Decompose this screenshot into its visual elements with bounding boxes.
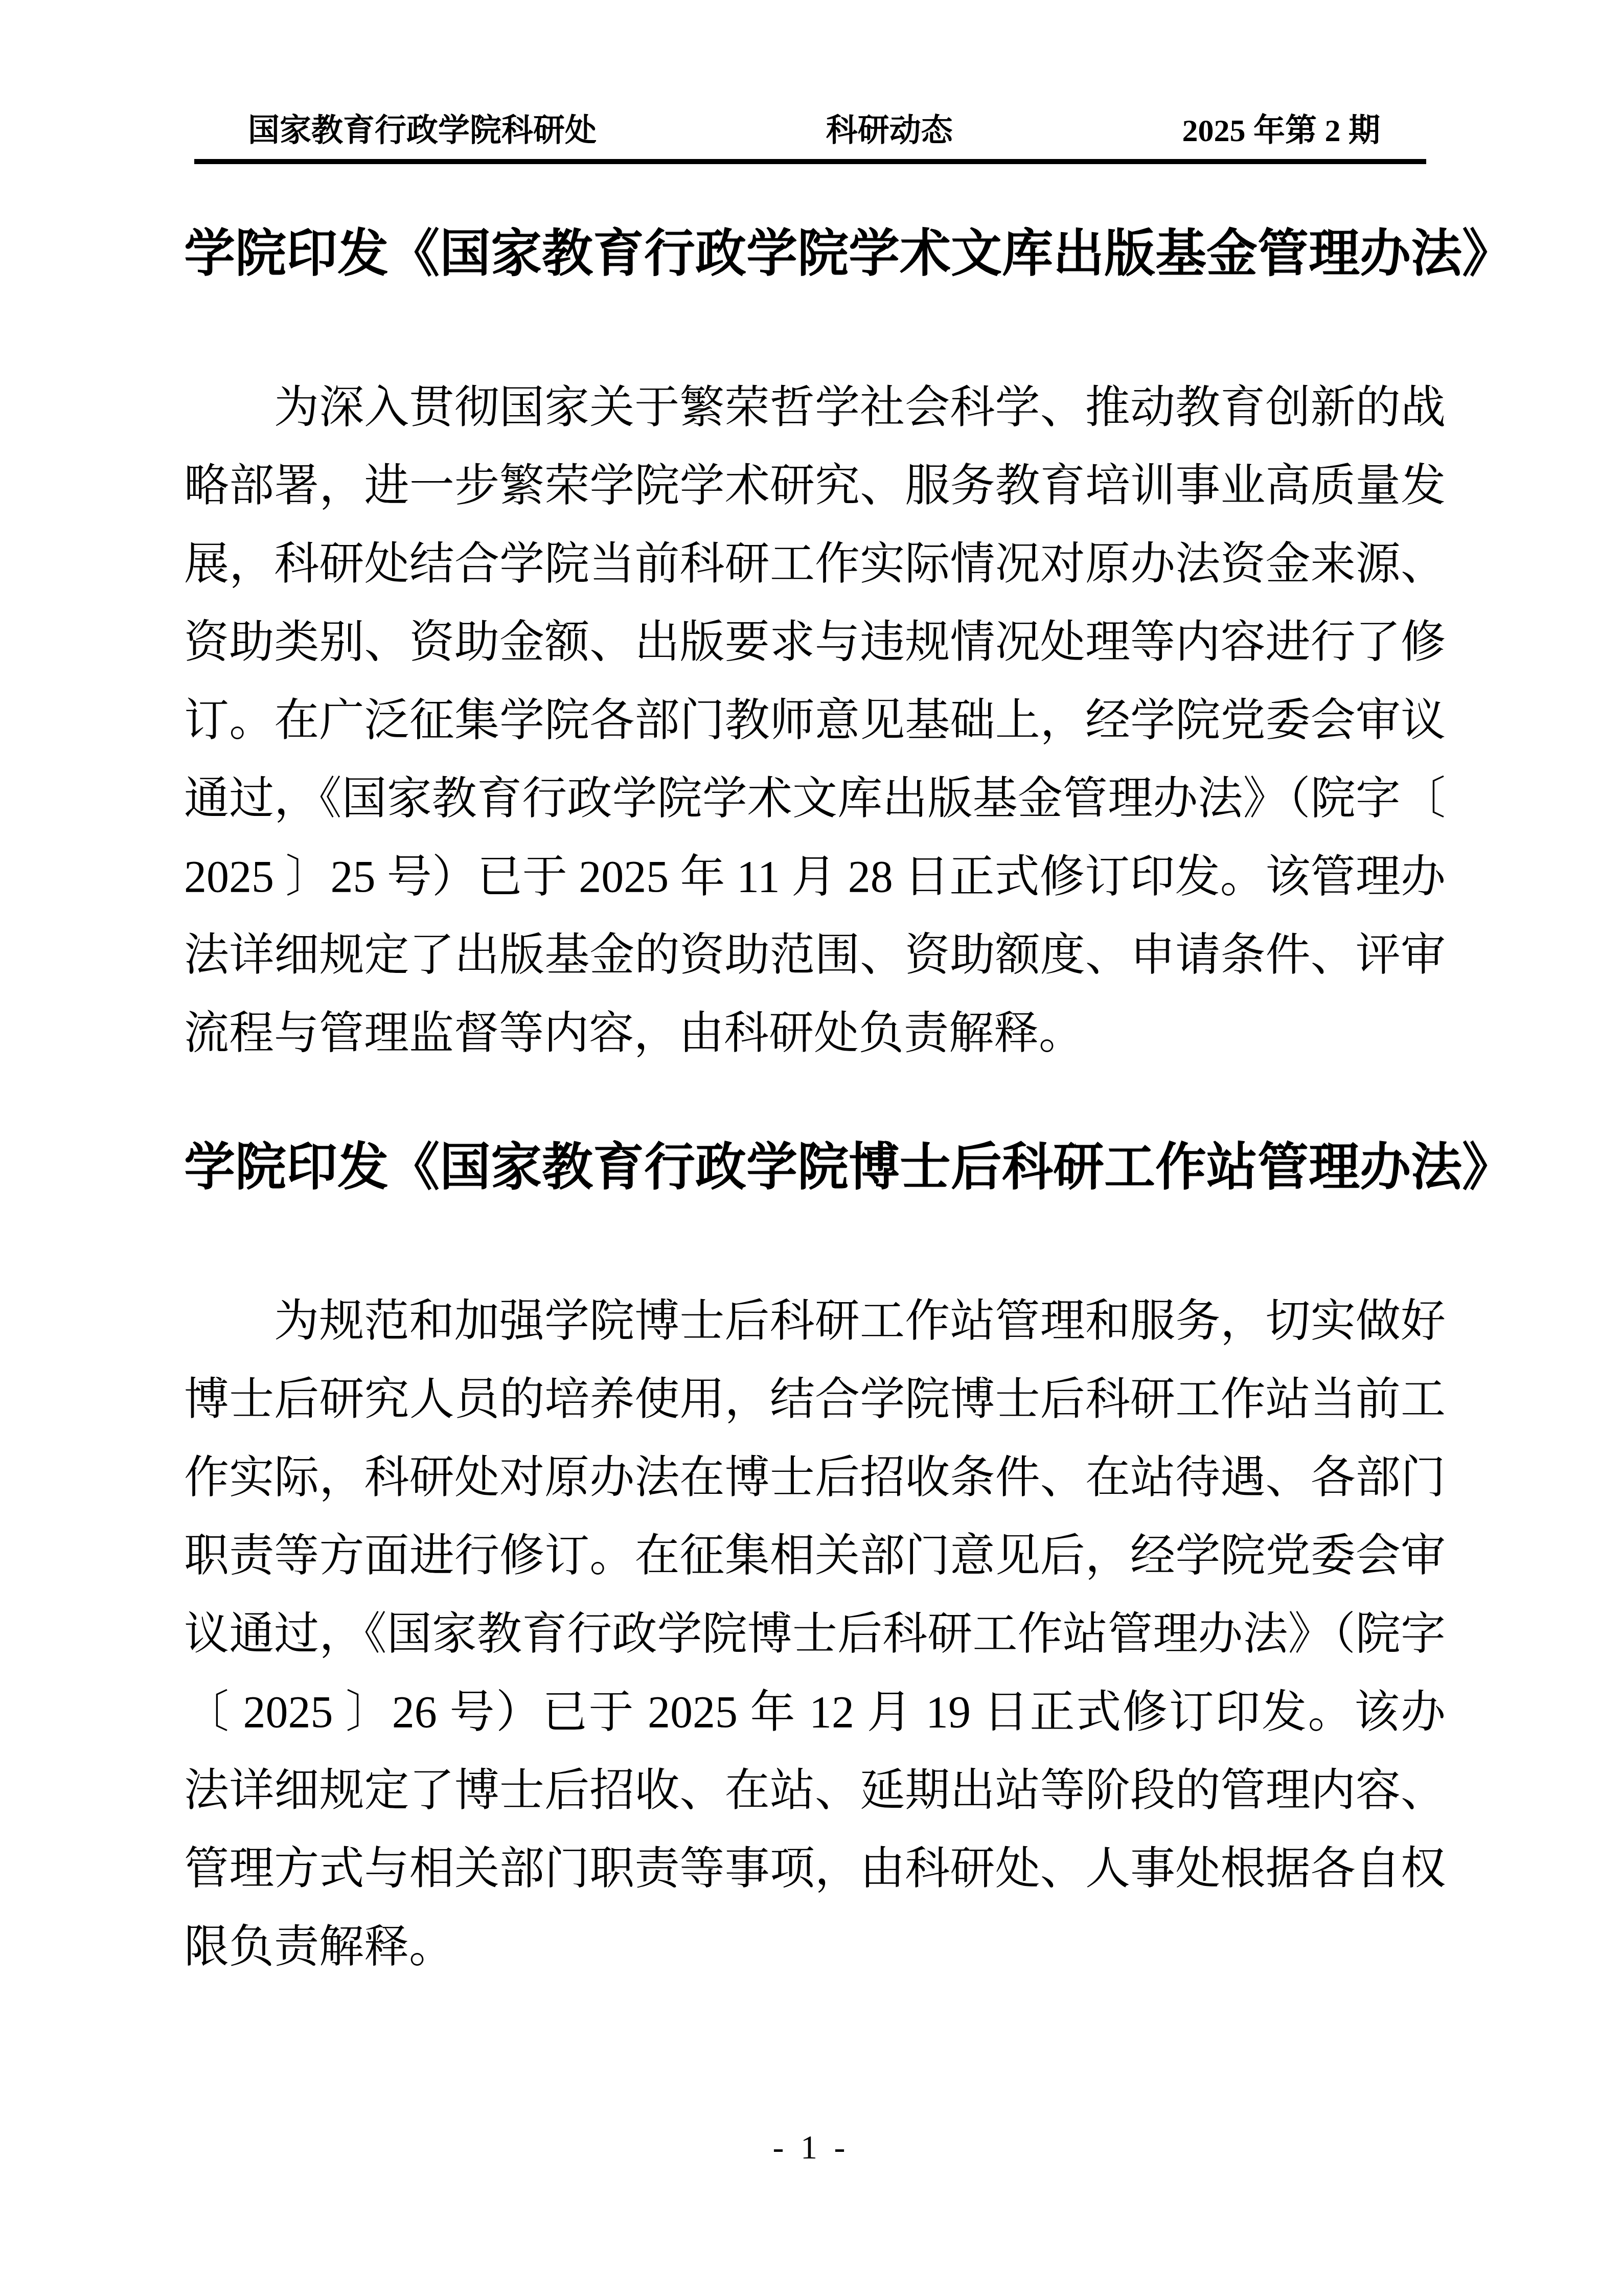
header-newsletter-title: 科研动态 xyxy=(826,115,953,147)
page-content: 国家教育行政学院科研处 科研动态 2025 年第 2 期 学院印发《国家教育行政… xyxy=(0,115,1622,1986)
article-body-postdoc-station: 为规范和加强学院博士后科研工作站管理和服务，切实做好博士后研究人员的培养使用，结… xyxy=(184,1282,1446,1986)
article-title-postdoc-station: 学院印发《国家教育行政学院博士后科研工作站管理办法》 xyxy=(184,1129,1446,1206)
page-number: - 1 - xyxy=(0,2131,1622,2165)
header-organization: 国家教育行政学院科研处 xyxy=(248,115,597,147)
document-page: 国家教育行政学院科研处 科研动态 2025 年第 2 期 学院印发《国家教育行政… xyxy=(0,0,1622,2296)
article-title-publication-fund: 学院印发《国家教育行政学院学术文库出版基金管理办法》 xyxy=(184,215,1446,292)
page-header: 国家教育行政学院科研处 科研动态 2025 年第 2 期 xyxy=(194,115,1426,164)
article-body-publication-fund: 为深入贯彻国家关于繁荣哲学社会科学、推动教育创新的战略部署，进一步繁荣学院学术研… xyxy=(184,369,1446,1073)
header-issue-number: 2025 年第 2 期 xyxy=(1182,115,1380,147)
